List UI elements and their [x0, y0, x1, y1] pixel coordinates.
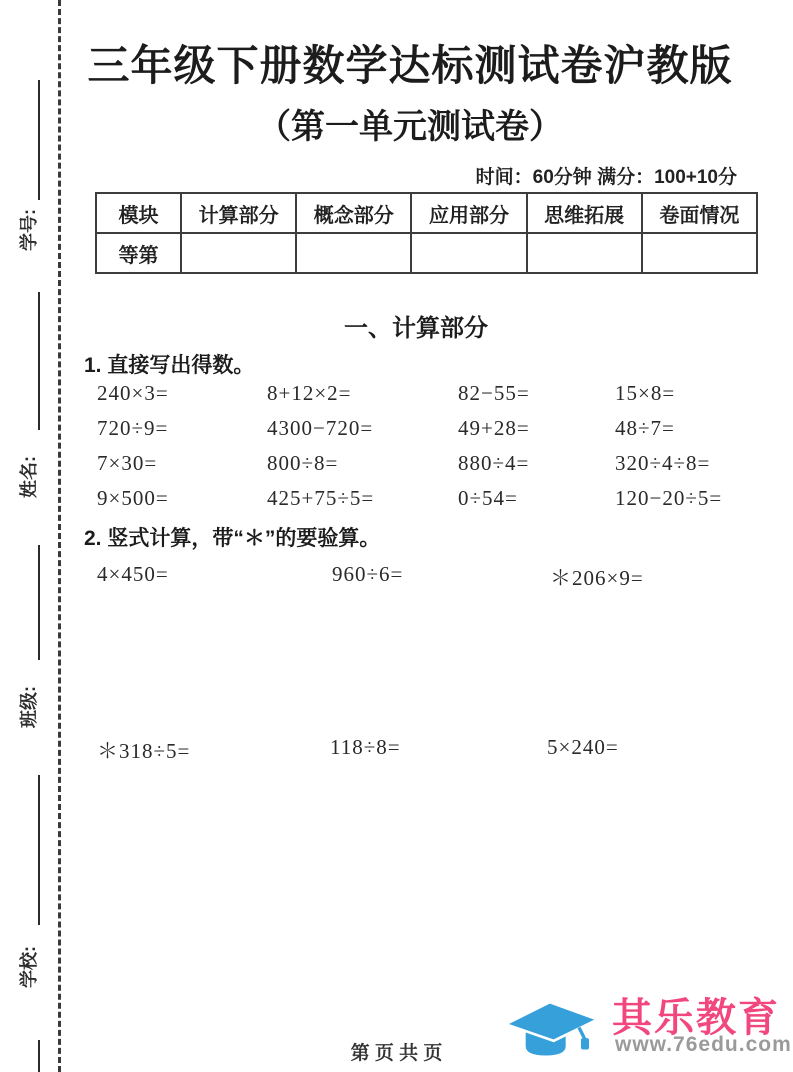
equation: 118÷8= — [330, 735, 547, 760]
equation: 0÷54= — [458, 486, 615, 511]
score-header-application: 应用部分 — [411, 193, 526, 233]
equation: 960÷6= — [332, 562, 550, 587]
question2-equations-row2: ＊318÷5= 118÷8= 5×240= — [97, 735, 757, 765]
score-header-paper: 卷面情况 — [642, 193, 757, 233]
score-header-calculation: 计算部分 — [181, 193, 296, 233]
question1-label: 1. 直接写出得数。 — [84, 349, 254, 379]
cut-dashed-line — [58, 0, 61, 1072]
grade-cell — [527, 233, 642, 273]
grade-cell — [642, 233, 757, 273]
grade-cell — [296, 233, 411, 273]
score-table: 模块 计算部分 概念部分 应用部分 思维拓展 卷面情况 等第 — [95, 192, 758, 274]
question1-equations: 240×3= 8+12×2= 82−55= 15×8= 720÷9= 4300−… — [97, 381, 757, 521]
equation: 82−55= — [458, 381, 615, 406]
equation: 240×3= — [97, 381, 267, 406]
equation: ＊206×9= — [550, 562, 757, 592]
equation: 120−20÷5= — [615, 486, 757, 511]
equation: 4300−720= — [267, 416, 458, 441]
equation: 8+12×2= — [267, 381, 458, 406]
equation: 15×8= — [615, 381, 757, 406]
score-table-header-row: 模块 计算部分 概念部分 应用部分 思维拓展 卷面情况 — [96, 193, 757, 233]
school-label: 学校: — [18, 938, 40, 996]
grade-row-label: 等第 — [96, 233, 181, 273]
grade-cell — [411, 233, 526, 273]
score-header-concept: 概念部分 — [296, 193, 411, 233]
equation: 48÷7= — [615, 416, 757, 441]
blank-line-student-id — [38, 80, 40, 200]
equation: 5×240= — [547, 735, 757, 760]
equation: 49+28= — [458, 416, 615, 441]
graduation-cap-icon — [503, 983, 603, 1072]
section-heading: 一、计算部分 — [60, 308, 772, 343]
equation: 9×500= — [97, 486, 267, 511]
equation: 720÷9= — [97, 416, 267, 441]
exam-time-score-meta: 时间：60分钟 满分：100+10分 — [65, 162, 737, 189]
equation: 880÷4= — [458, 451, 615, 476]
equation: 7×30= — [97, 451, 267, 476]
qile-education-logo: 其乐教育 www.76edu.com — [503, 980, 793, 1072]
page-title: 三年级下册数学达标测试卷沪教版 — [60, 33, 760, 93]
blank-line-school — [38, 775, 40, 925]
blank-line-name — [38, 292, 40, 430]
question2-label: 2. 竖式计算，带“＊”的要验算。 — [84, 522, 380, 552]
test-paper-page: 学号: 姓名: 班级: 学校: 三年级下册数学达标测试卷沪教版 （第一单元测试卷… — [0, 0, 793, 1072]
logo-url-text: www.76edu.com — [615, 1033, 792, 1057]
question2-equations-row1: 4×450= 960÷6= ＊206×9= — [97, 562, 757, 592]
equation: 800÷8= — [267, 451, 458, 476]
name-label: 姓名: — [18, 448, 40, 506]
equation: 425+75÷5= — [267, 486, 458, 511]
blank-line-class — [38, 545, 40, 660]
class-label: 班级: — [18, 678, 40, 736]
student-id-label: 学号: — [18, 201, 40, 259]
equation: 4×450= — [97, 562, 332, 587]
equation: 320÷4÷8= — [615, 451, 757, 476]
grade-cell — [181, 233, 296, 273]
score-table-grade-row: 等第 — [96, 233, 757, 273]
page-subtitle: （第一单元测试卷） — [60, 99, 760, 148]
equation: ＊318÷5= — [97, 735, 330, 765]
score-header-module: 模块 — [96, 193, 181, 233]
score-header-thinking: 思维拓展 — [527, 193, 642, 233]
